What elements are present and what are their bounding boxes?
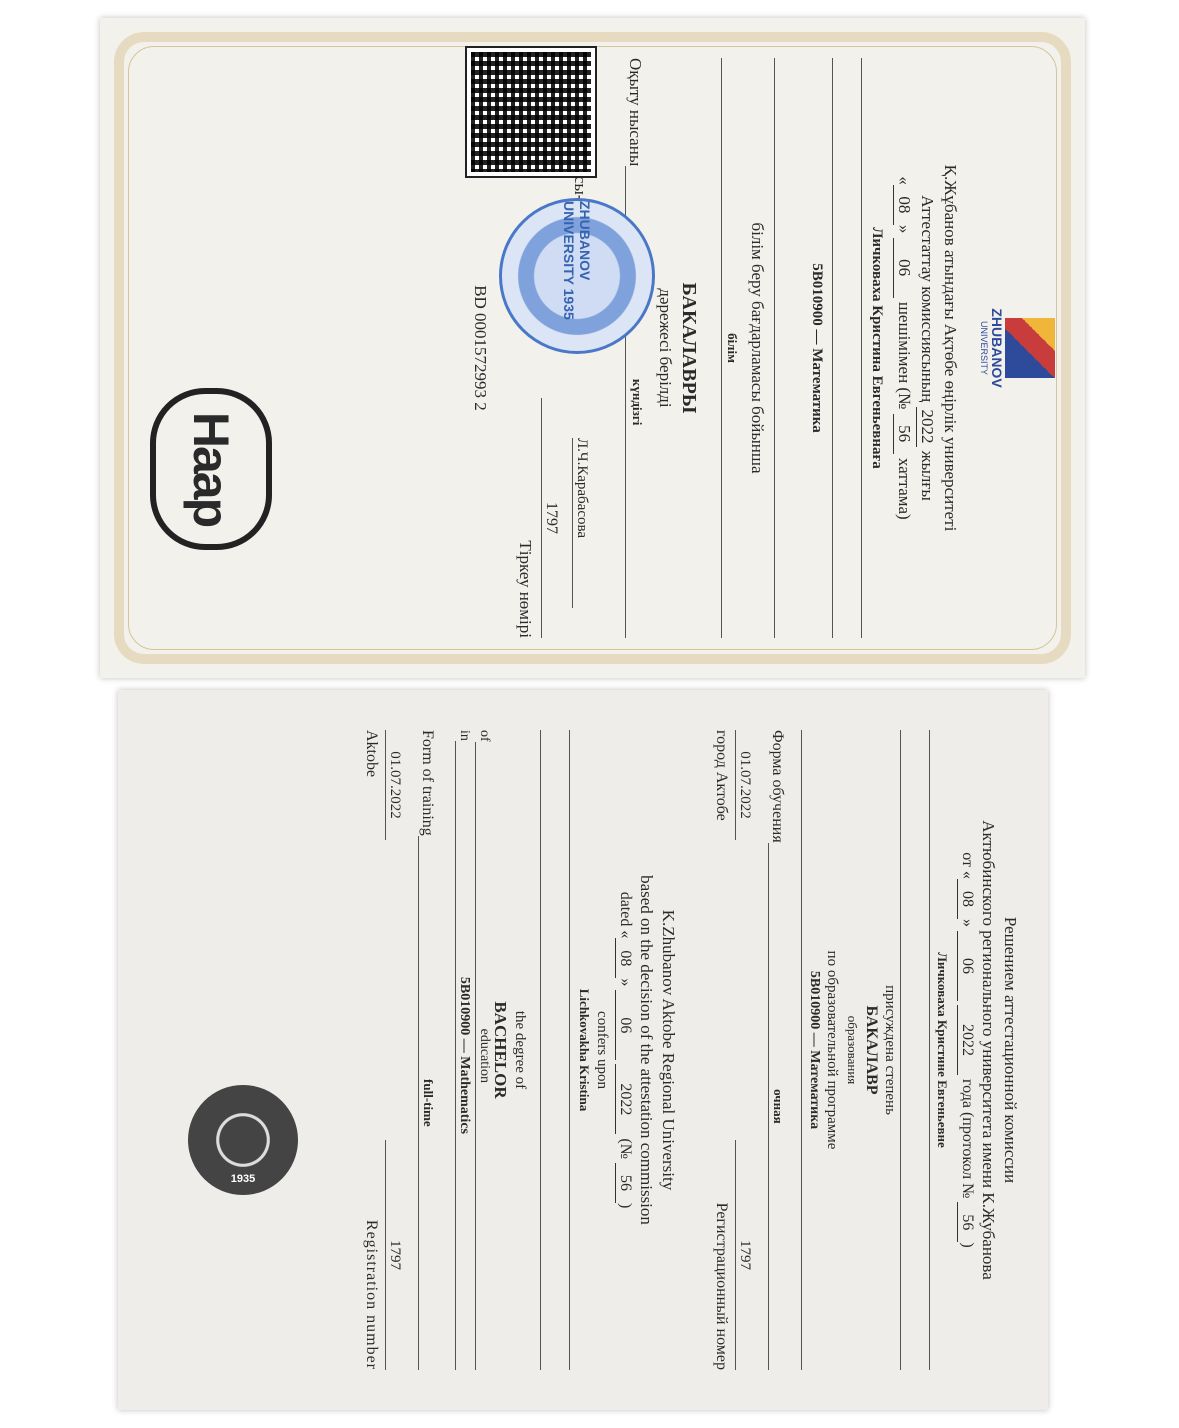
university-stamp: ZHUBANOV UNIVERSITY 1935 — [499, 198, 655, 354]
decision-line: «08» 06 шешімімен (№ 56 хаттама) — [893, 18, 914, 678]
chair-name: Л.Ч.Карабасова — [572, 438, 590, 608]
diploma-page-russian-english: Решением аттестационной комиссии Актюбин… — [118, 690, 1048, 1410]
university-seal-icon: 1935 — [188, 1085, 298, 1195]
zhubanov-logo: ZHUBANOV UNIVERSITY — [979, 18, 1055, 678]
form-of-study: Оқыту нысаны күндізгі — [625, 18, 645, 678]
logo-mark-icon — [1005, 318, 1055, 378]
commission-line: Аттестаттау комиссиясының 2022 жылғы — [916, 18, 937, 678]
degree-title: БАКАЛАВРЫ — [677, 18, 700, 678]
haap-logo: Haap — [150, 388, 272, 550]
qr-code-icon — [467, 48, 595, 176]
program-code: 5В010900 — Математика — [808, 18, 825, 678]
issuer-line: Қ.Жұбанов атындағы Ақтөбе өңірлік универ… — [940, 18, 960, 678]
diploma-page-kazakh: ZHUBANOV UNIVERSITY Қ.Жұбанов атындағы А… — [100, 18, 1085, 678]
registration-number: 1797 — [541, 398, 560, 638]
